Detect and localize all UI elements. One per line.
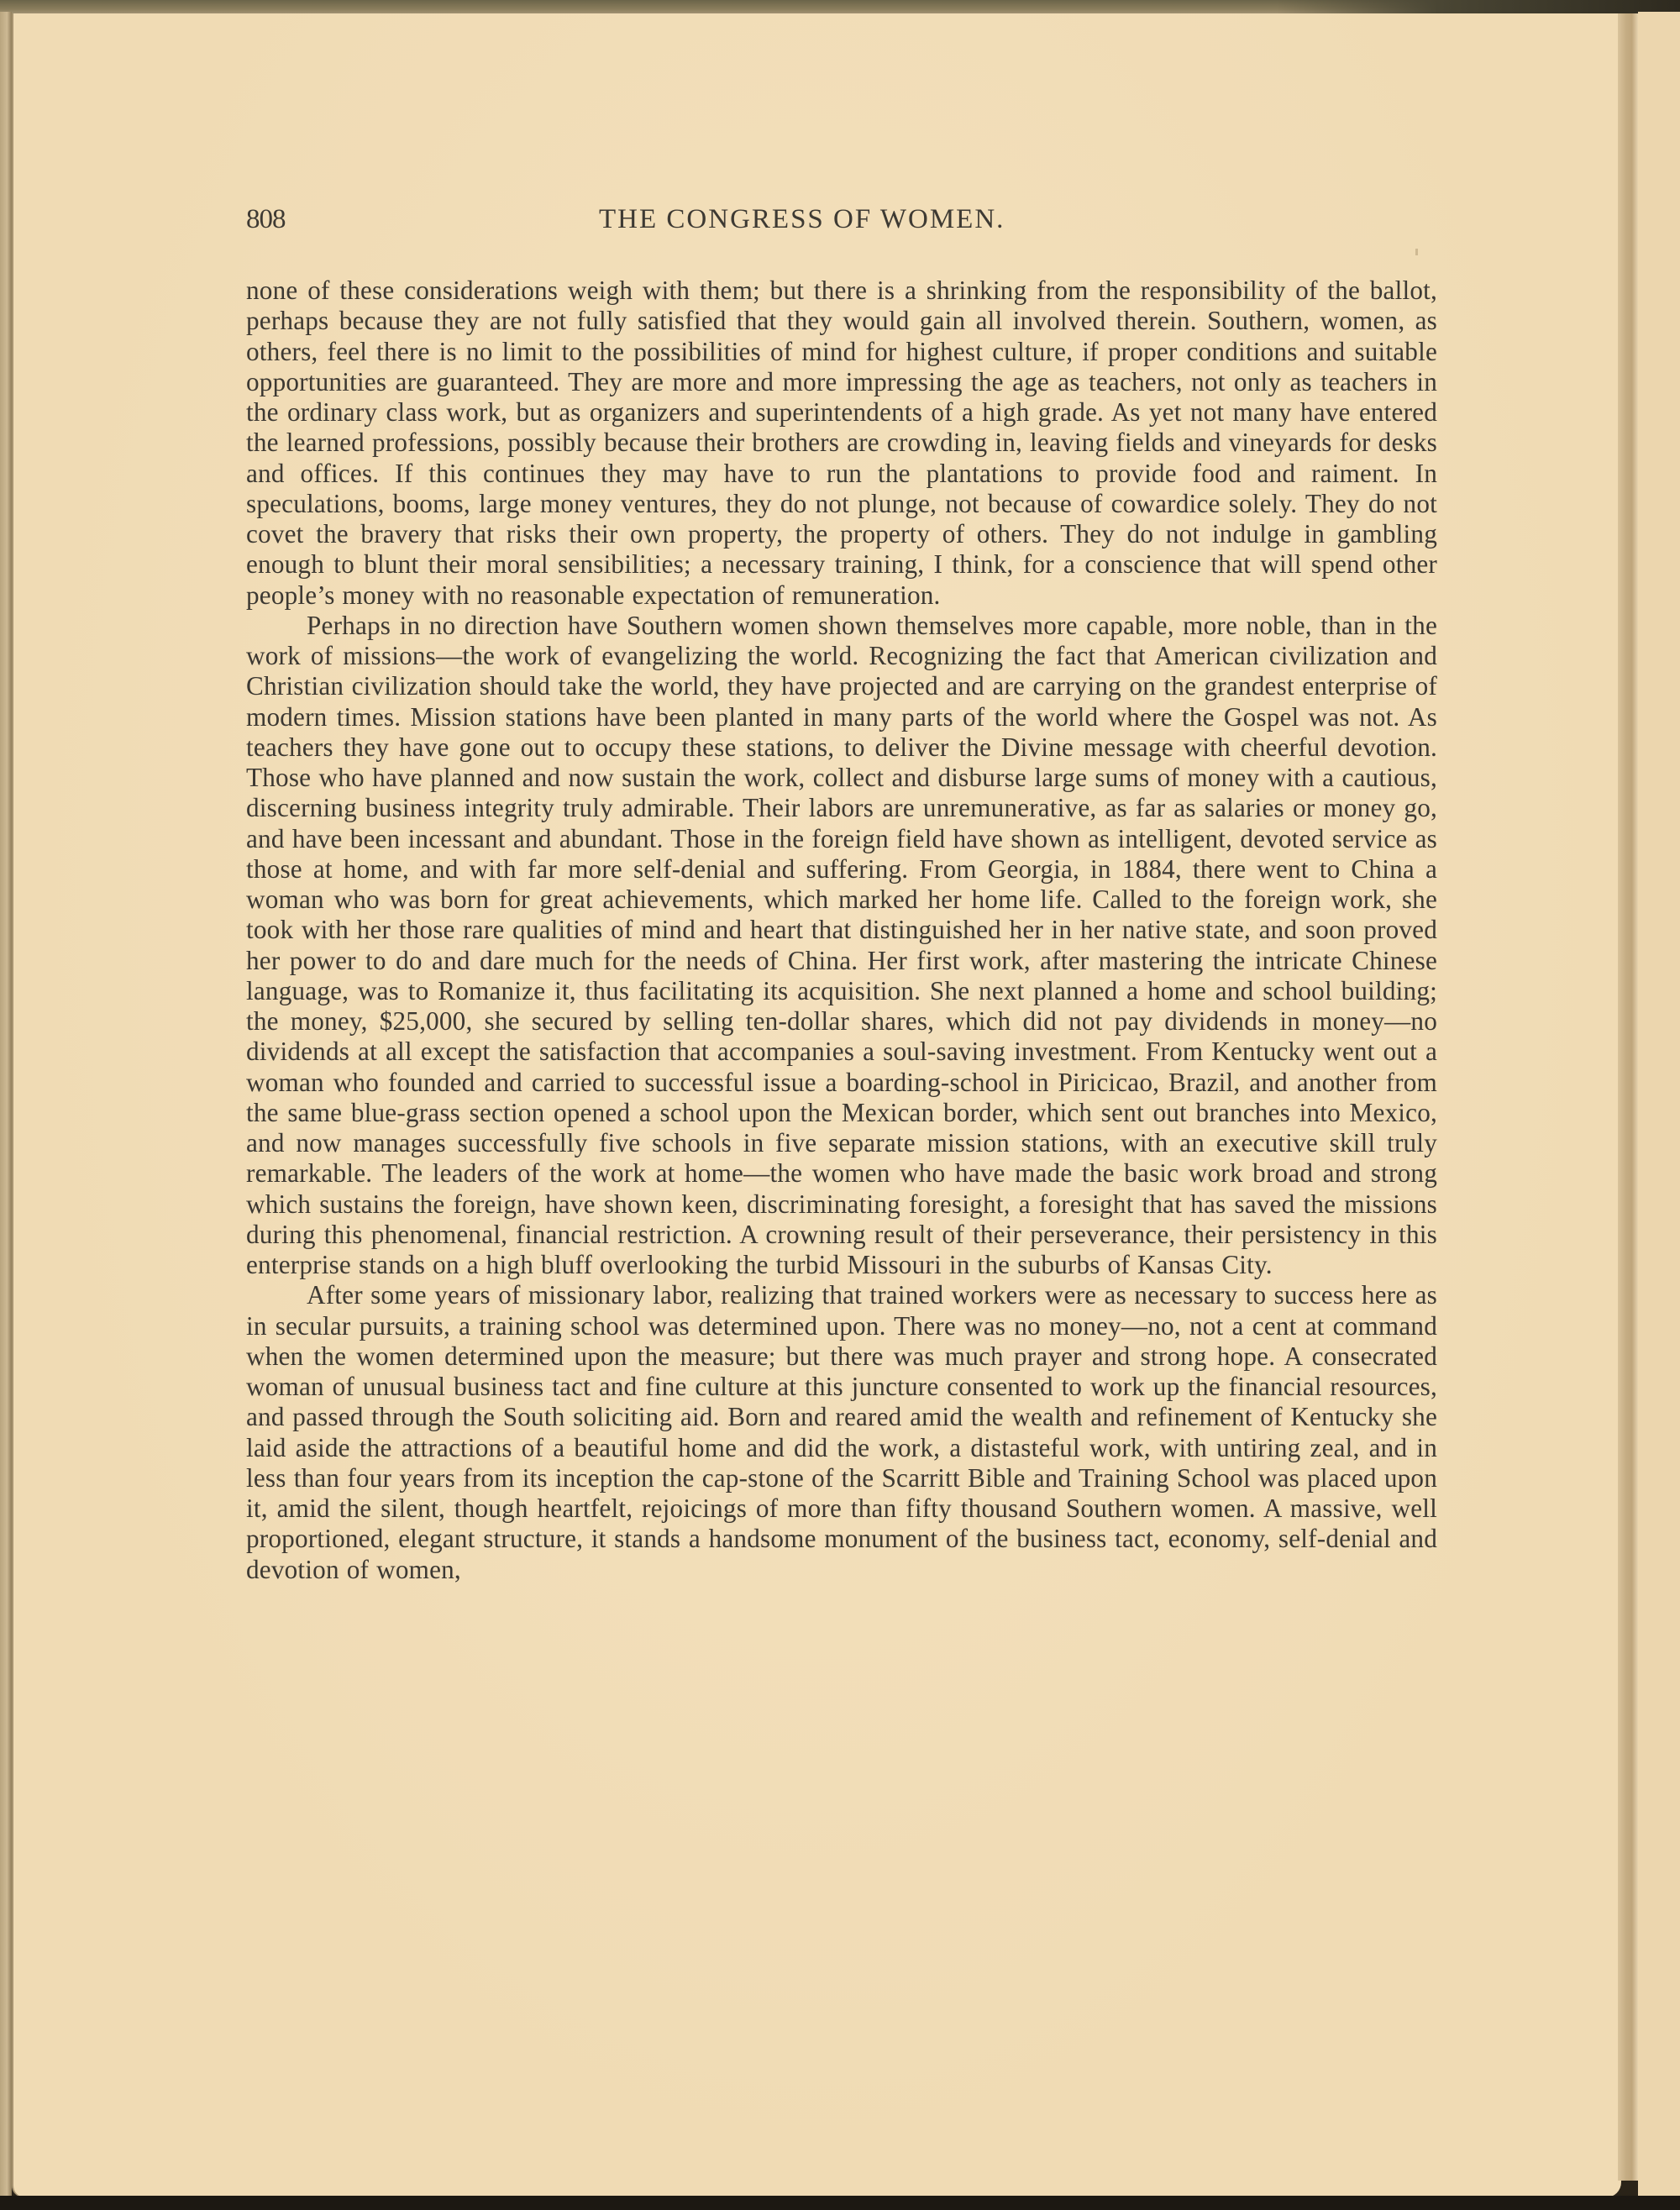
paragraph-1: none of these considerations weigh with … [246,276,1437,611]
adjacent-page-edge [1638,12,1680,2196]
book-top-edge-shadow [1277,0,1680,13]
paragraph-3: After some years of missionary labor, re… [246,1280,1437,1585]
running-head: 808 THE CONGRESS OF WOMEN. [246,204,1436,246]
paragraph-2: Perhaps in no direction have Southern wo… [246,611,1437,1281]
page-gutter-fold [1618,13,1638,2181]
paper-blemish [1415,249,1418,255]
running-title: THE CONGRESS OF WOMEN. [599,204,1103,235]
page-number: 808 [246,204,286,235]
book-left-edge [0,12,12,2196]
body-text: none of these considerations weigh with … [246,276,1437,1585]
book-bottom-edge [0,2196,1680,2210]
